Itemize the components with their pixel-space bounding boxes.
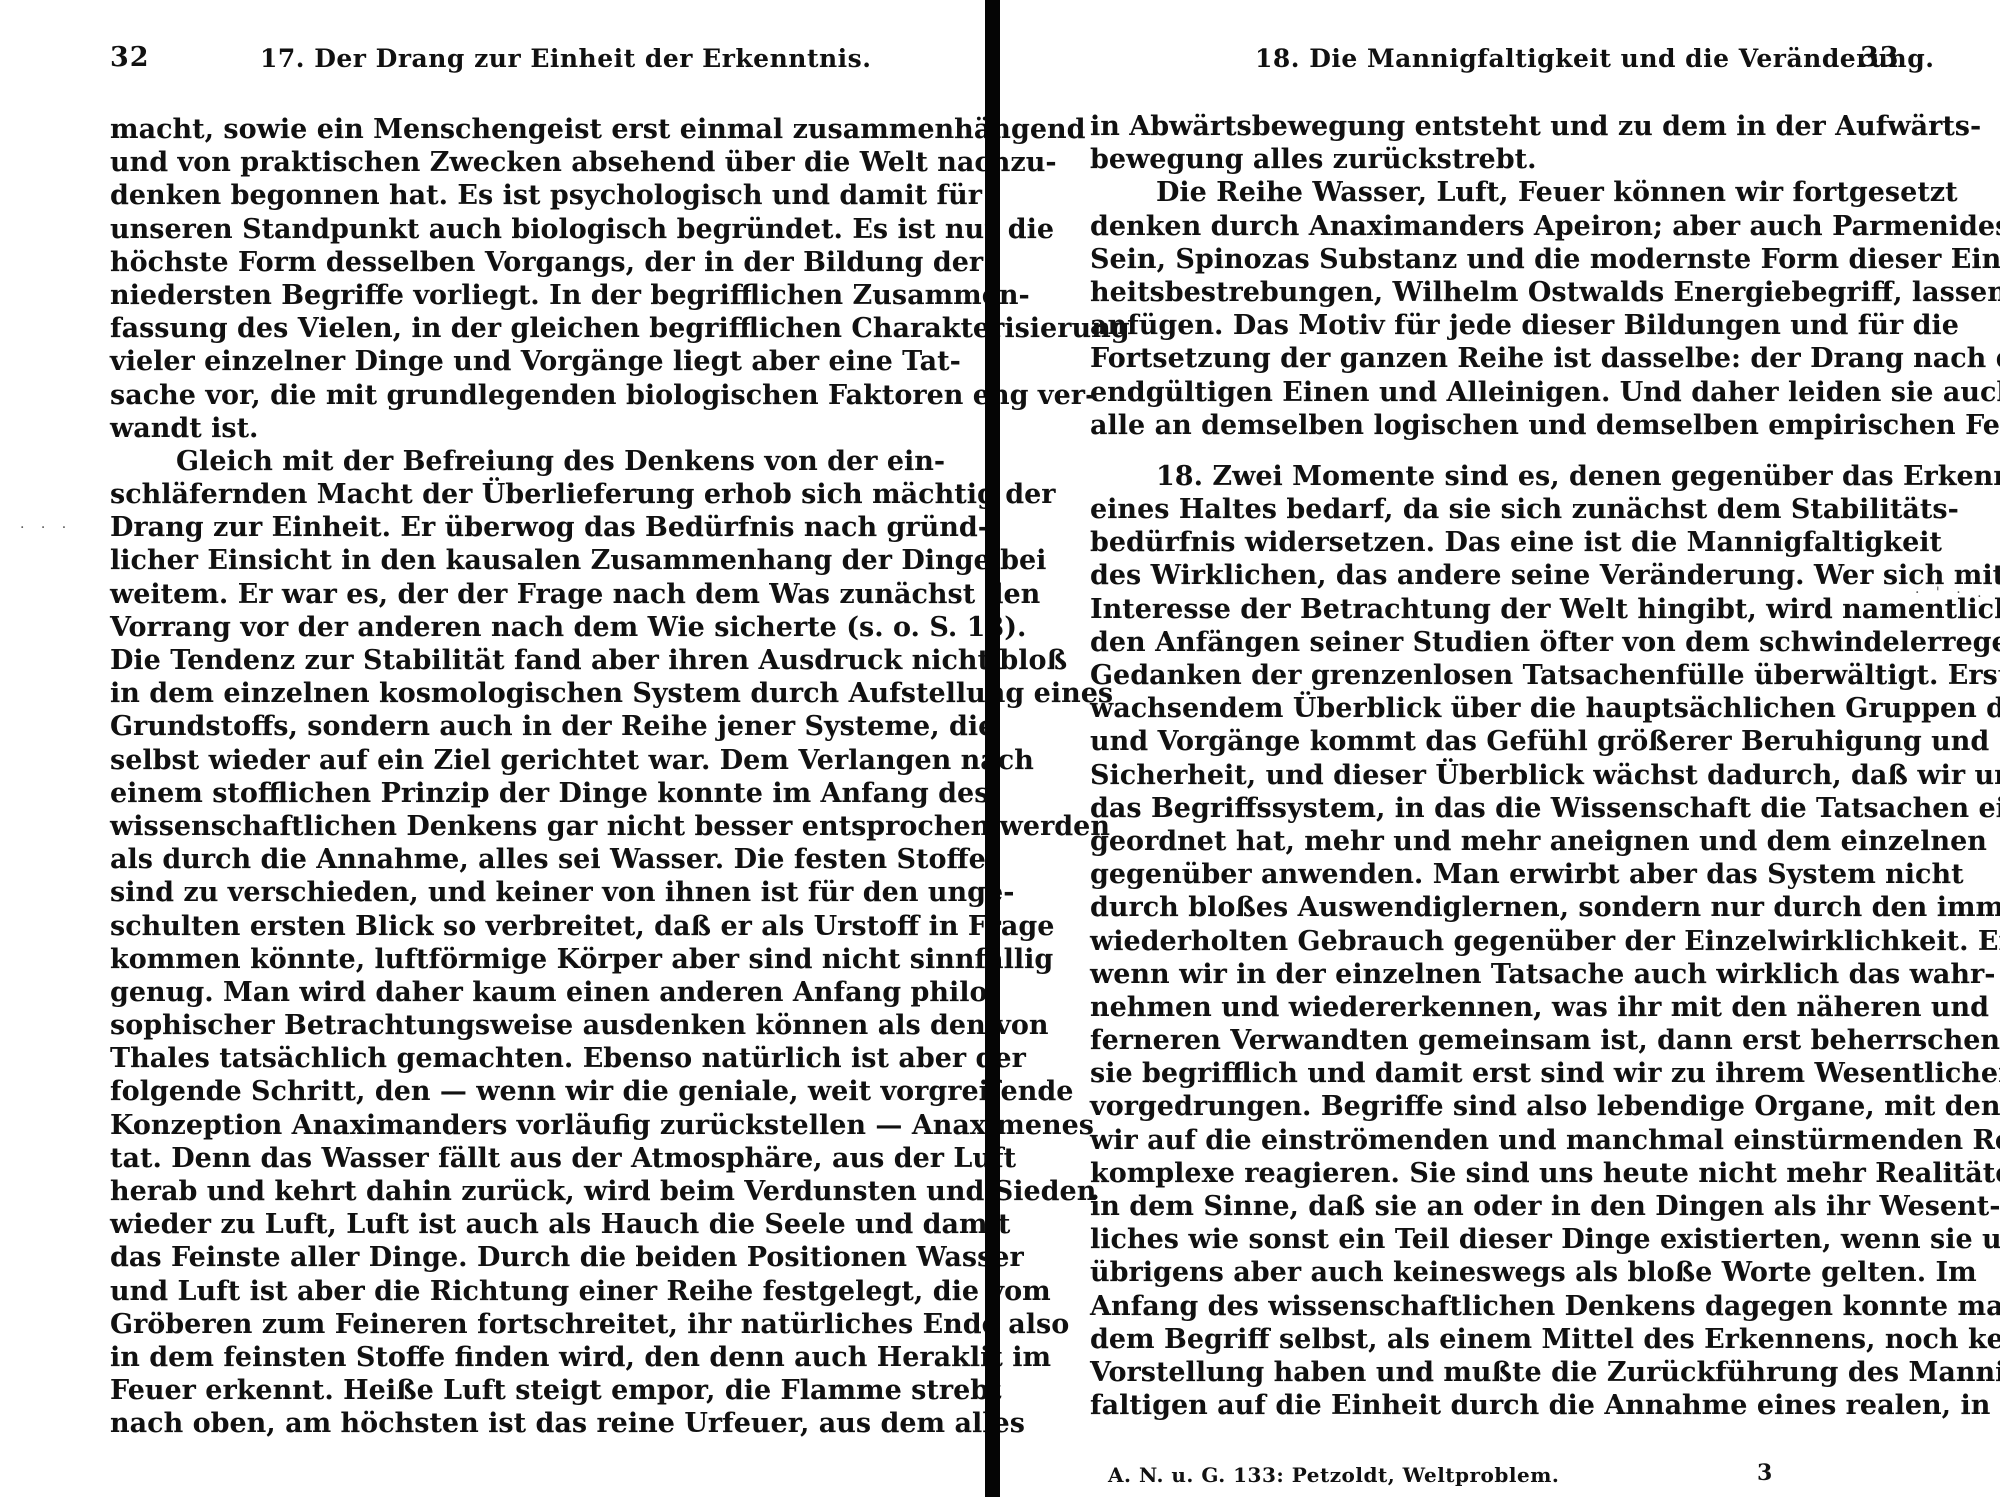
text-line: Die Reihe Wasser, Luft, Feuer können wir… [1090,176,1900,209]
text-line: faltigen auf die Einheit durch die Annah… [1090,1389,1900,1422]
text-line: Sicherheit, und dieser Überblick wächst … [1090,759,1900,792]
text-line: sophischer Betrachtungsweise ausdenken k… [110,1009,910,1042]
text-line: vieler einzelner Dinge und Vorgänge lieg… [110,345,910,378]
text-line: tat. Denn das Wasser fällt aus der Atmos… [110,1142,910,1175]
text-line: geordnet hat, mehr und mehr aneignen und… [1090,825,1900,858]
text-line: genug. Man wird daher kaum einen anderen… [110,976,910,1009]
text-line: schläfernden Macht der Überlieferung erh… [110,478,910,511]
right-page-body: in Abwärtsbewegung entsteht und zu dem i… [1090,110,1900,1422]
text-line: denken durch Anaximanders Apeiron; aber … [1090,210,1900,243]
text-line: des Wirklichen, das andere seine Verände… [1090,559,1900,592]
text-line: macht, sowie ein Menschengeist erst einm… [110,113,910,146]
text-line: übrigens aber auch keineswegs als bloße … [1090,1256,1900,1289]
text-line: Anfang des wissenschaftlichen Denkens da… [1090,1290,1900,1323]
left-page-body: macht, sowie ein Menschengeist erst einm… [110,113,910,1441]
text-line: folgende Schritt, den — wenn wir die gen… [110,1075,910,1108]
text-line: 18. Zwei Momente sind es, denen gegenübe… [1090,460,1900,493]
right-page-number: 33 [1860,42,1900,73]
left-running-head: 17. Der Drang zur Einheit der Erkenntnis… [260,44,871,73]
text-line: selbst wieder auf ein Ziel gerichtet war… [110,744,910,777]
text-line: herab und kehrt dahin zurück, wird beim … [110,1175,910,1208]
text-line: höchste Form desselben Vorgangs, der in … [110,246,910,279]
text-line: Feuer erkennt. Heiße Luft steigt empor, … [110,1374,910,1407]
text-line: und Vorgänge kommt das Gefühl größerer B… [1090,725,1900,758]
text-line: nach oben, am höchsten ist das reine Urf… [110,1407,910,1440]
text-line: wieder zu Luft, Luft ist auch als Hauch … [110,1208,910,1241]
text-line: sache vor, die mit grundlegenden biologi… [110,379,910,412]
text-line: sie begrifflich und damit erst sind wir … [1090,1057,1900,1090]
text-line: wissenschaftlichen Denkens gar nicht bes… [110,810,910,843]
text-line: Interesse der Betrachtung der Welt hingi… [1090,593,1900,626]
text-line: ferneren Verwandten gemeinsam ist, dann … [1090,1024,1900,1057]
text-line: Gröberen zum Feineren fortschreitet, ihr… [110,1308,910,1341]
right-running-head: 18. Die Mannigfaltigkeit und die Verände… [1255,44,1934,73]
text-line: eines Haltes bedarf, da sie sich zunächs… [1090,493,1900,526]
text-line: das Begriffssystem, in das die Wissensch… [1090,792,1900,825]
text-line: einem stofflichen Prinzip der Dinge konn… [110,777,910,810]
text-line: Gleich mit der Befreiung des Denkens von… [110,445,910,478]
text-line: schulten ersten Blick so verbreitet, daß… [110,910,910,943]
text-line: kommen könnte, luftförmige Körper aber s… [110,943,910,976]
text-line: endgültigen Einen und Alleinigen. Und da… [1090,376,1900,409]
text-line: Fortsetzung der ganzen Reihe ist dasselb… [1090,342,1900,375]
text-line: Gedanken der grenzenlosen Tatsachenfülle… [1090,659,1900,692]
text-line: und Luft ist aber die Richtung einer Rei… [110,1275,910,1308]
text-line: durch bloßes Auswendiglernen, sondern nu… [1090,891,1900,924]
text-line: dem Begriff selbst, als einem Mittel des… [1090,1323,1900,1356]
text-line: Thales tatsächlich gemachten. Ebenso nat… [110,1042,910,1075]
right-page: 18. Die Mannigfaltigkeit und die Verände… [1000,0,2000,1497]
text-line: nehmen und wiedererkennen, was ihr mit d… [1090,991,1900,1024]
text-line: alle an demselben logischen und demselbe… [1090,409,1900,442]
footer-sheet-number: 3 [1757,1460,1772,1486]
text-line: denken begonnen hat. Es ist psychologisc… [110,179,910,212]
book-gutter [985,0,1000,1497]
text-line: den Anfängen seiner Studien öfter von de… [1090,626,1900,659]
text-line: liches wie sonst ein Teil dieser Dinge e… [1090,1223,1900,1256]
left-page: 32 17. Der Drang zur Einheit der Erkennt… [0,0,985,1497]
text-line: bedürfnis widersetzen. Das eine ist die … [1090,526,1900,559]
text-line: in dem Sinne, daß sie an oder in den Din… [1090,1190,1900,1223]
text-line: und von praktischen Zwecken absehend übe… [110,146,910,179]
scan-specks: · ' · . [1915,585,1988,601]
text-line: vorgedrungen. Begriffe sind also lebendi… [1090,1090,1900,1123]
footer-signature: A. N. u. G. 133: Petzoldt, Weltproblem. [1108,1463,1559,1487]
text-line: in dem feinsten Stoffe finden wird, den … [110,1341,910,1374]
text-line: Drang zur Einheit. Er überwog das Bedürf… [110,511,910,544]
text-line: niedersten Begriffe vorliegt. In der beg… [110,279,910,312]
text-line: sind zu verschieden, und keiner von ihne… [110,876,910,909]
text-line: Sein, Spinozas Substanz und die modernst… [1090,243,1900,276]
text-line: gegenüber anwenden. Man erwirbt aber das… [1090,858,1900,891]
text-line: weitem. Er war es, der der Frage nach de… [110,578,910,611]
text-line: komplexe reagieren. Sie sind uns heute n… [1090,1157,1900,1190]
text-line: als durch die Annahme, alles sei Wasser.… [110,843,910,876]
text-line: wenn wir in der einzelnen Tatsache auch … [1090,958,1900,991]
text-line: fassung des Vielen, in der gleichen begr… [110,312,910,345]
text-line: bewegung alles zurückstrebt. [1090,143,1900,176]
text-line: wiederholten Gebrauch gegenüber der Einz… [1090,925,1900,958]
text-line: das Feinste aller Dinge. Durch die beide… [110,1241,910,1274]
text-line: in Abwärtsbewegung entsteht und zu dem i… [1090,110,1900,143]
text-line: wir auf die einströmenden und manchmal e… [1090,1124,1900,1157]
text-line: licher Einsicht in den kausalen Zusammen… [110,544,910,577]
text-line: wachsendem Überblick über die hauptsächl… [1090,692,1900,725]
text-line: Vorrang vor der anderen nach dem Wie sic… [110,611,910,644]
scan-specks: · · · [20,520,72,536]
text-line: unseren Standpunkt auch biologisch begrü… [110,213,910,246]
text-line: heitsbestrebungen, Wilhelm Ostwalds Ener… [1090,276,1900,309]
text-line: wandt ist. [110,412,910,445]
text-line: Vorstellung haben und mußte die Zurückfü… [1090,1356,1900,1389]
text-line: in dem einzelnen kosmologischen System d… [110,677,910,710]
text-line: anfügen. Das Motiv für jede dieser Bildu… [1090,309,1900,342]
text-line: Konzeption Anaximanders vorläufig zurück… [110,1109,910,1142]
text-line: Grundstoffs, sondern auch in der Reihe j… [110,710,910,743]
left-page-number: 32 [110,42,150,73]
text-line: Die Tendenz zur Stabilität fand aber ihr… [110,644,910,677]
